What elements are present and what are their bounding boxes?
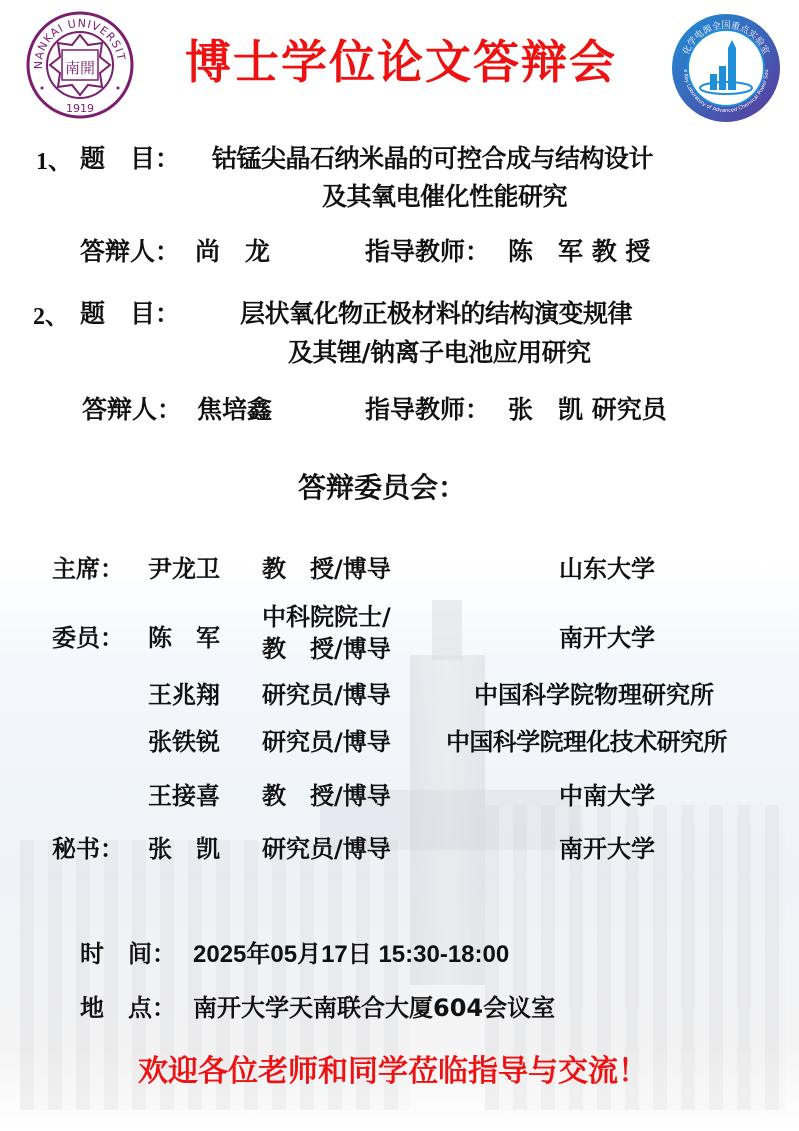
place-value: 南开大学天南联合大厦604会议室 bbox=[193, 988, 555, 1023]
member-name: 尹龙卫 bbox=[148, 549, 220, 584]
member-title: 研究员/博导 bbox=[262, 675, 391, 710]
thesis-1-candidate-label: 答辩人： bbox=[80, 232, 180, 268]
poster: NANKAI UNIVERSITY 南開 1919 博士学位论文答辩会 bbox=[0, 0, 799, 1131]
member-name: 张铁锐 bbox=[148, 722, 220, 757]
thesis-1-candidate: 尚 龙 bbox=[195, 232, 270, 268]
member-name: 陈 军 bbox=[148, 618, 220, 653]
member-title: 教 授/博导 bbox=[262, 549, 391, 584]
thesis-1-title-line2: 及其氧电催化性能研究 bbox=[322, 177, 567, 213]
member-affiliation: 中国科学院物理研究所 bbox=[474, 675, 714, 710]
svg-text:1919: 1919 bbox=[66, 102, 94, 115]
member-title: 教 授/博导 bbox=[262, 776, 391, 811]
committee-heading: 答辩委员会： bbox=[298, 466, 466, 506]
thesis-2-number: 2、 bbox=[33, 296, 69, 331]
member-affiliation: 中国科学院理化技术研究所 bbox=[446, 722, 727, 757]
member-affiliation: 南开大学 bbox=[559, 618, 655, 653]
thesis-2-advisor-label: 指导教师： bbox=[365, 390, 490, 426]
thesis-2-candidate: 焦培鑫 bbox=[197, 390, 272, 426]
nankai-university-logo: NANKAI UNIVERSITY 南開 1919 bbox=[25, 10, 135, 120]
member-affiliation: 南开大学 bbox=[559, 829, 655, 864]
member-role: 委员： bbox=[52, 618, 124, 653]
member-name: 张 凯 bbox=[148, 829, 220, 864]
state-key-lab-icon: 化学电源全国重点实验室 State Key Laboratory of Adva… bbox=[670, 12, 782, 124]
thesis-1-topic-label: 题 目： bbox=[80, 139, 180, 175]
member-affiliation: 山东大学 bbox=[559, 549, 655, 584]
member-title: 中科院院士/ bbox=[262, 597, 391, 632]
thesis-1-advisor: 陈 军 教 授 bbox=[508, 232, 650, 268]
member-name: 王兆翔 bbox=[148, 675, 220, 710]
member-role: 主席： bbox=[52, 549, 124, 584]
place-label: 地 点： bbox=[80, 988, 176, 1023]
state-key-lab-logo: 化学电源全国重点实验室 State Key Laboratory of Adva… bbox=[670, 12, 782, 124]
member-title-line2: 教 授/博导 bbox=[262, 629, 391, 664]
thesis-1-advisor-label: 指导教师： bbox=[365, 232, 490, 268]
member-affiliation: 中南大学 bbox=[559, 776, 655, 811]
nankai-seal-icon: NANKAI UNIVERSITY 南開 1919 bbox=[25, 10, 135, 120]
svg-text:南開: 南開 bbox=[65, 59, 95, 77]
thesis-1-title-line1: 钴锰尖晶石纳米晶的可控合成与结构设计 bbox=[212, 139, 653, 175]
thesis-2-topic-label: 题 目： bbox=[80, 294, 180, 330]
time-label: 时 间： bbox=[80, 934, 176, 969]
welcome-message: 欢迎各位老师和同学莅临指导与交流！ bbox=[138, 1046, 648, 1090]
thesis-2-candidate-label: 答辩人： bbox=[82, 390, 182, 426]
member-role: 秘书： bbox=[52, 829, 124, 864]
poster-title: 博士学位论文答辩会 bbox=[185, 26, 617, 92]
member-title: 研究员/博导 bbox=[262, 722, 391, 757]
thesis-2-advisor: 张 凯 研究员 bbox=[508, 390, 667, 426]
member-title: 研究员/博导 bbox=[262, 829, 391, 864]
time-value: 2025年05月17日 15:30-18:00 bbox=[193, 934, 509, 969]
thesis-2-title-line1: 层状氧化物正极材料的结构演变规律 bbox=[240, 294, 632, 330]
thesis-1-number: 1、 bbox=[36, 141, 72, 176]
thesis-2-title-line2: 及其锂/钠离子电池应用研究 bbox=[288, 333, 591, 369]
member-name: 王接喜 bbox=[148, 776, 220, 811]
